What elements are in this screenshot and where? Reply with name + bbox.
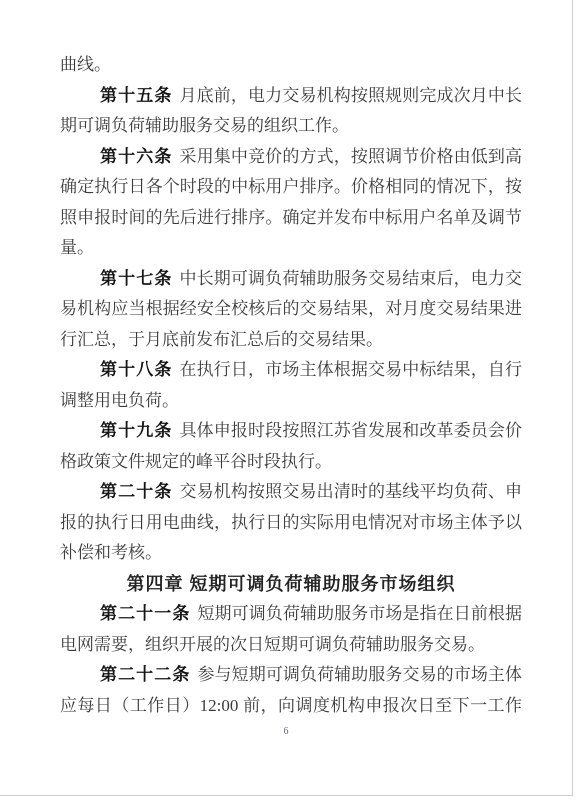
article-paragraph: 第十九条具体申报时段按照江苏省发展和改革委员会价格政策文件规定的峰平谷时段执行。: [60, 416, 522, 477]
document-body: 曲线。第十五条月底前，电力交易机构按照规则完成次月中长期可调负荷辅助服务交易的组…: [60, 50, 522, 721]
article-number: 第十九条: [100, 421, 173, 440]
article-number: 第十六条: [100, 147, 173, 166]
document-page: 曲线。第十五条月底前，电力交易机构按照规则完成次月中长期可调负荷辅助服务交易的组…: [0, 0, 578, 800]
article-number: 第二十条: [100, 482, 173, 501]
article-paragraph: 第二十一条短期可调负荷辅助服务市场是指在日前根据电网需要，组织开展的次日短期可调…: [60, 599, 522, 660]
article-paragraph: 第二十二条参与短期可调负荷辅助服务交易的市场主体应每日（工作日）12:00 前，…: [60, 660, 522, 721]
article-paragraph: 第十七条中长期可调负荷辅助服务交易结束后，电力交易机构应当根据经安全校核后的交易…: [60, 264, 522, 356]
article-number: 第二十一条: [100, 604, 190, 623]
article-paragraph: 第十八条在执行日，市场主体根据交易中标结果，自行调整用电负荷。: [60, 355, 522, 416]
page-number: 6: [0, 725, 572, 739]
article-number: 第十七条: [100, 269, 173, 288]
article-number: 第十八条: [100, 360, 173, 379]
article-paragraph: 第二十条交易机构按照交易出清时的基线平均负荷、申报的执行日用电曲线，执行日的实际…: [60, 477, 522, 569]
continuation-paragraph: 曲线。: [60, 50, 522, 81]
chapter-heading: 第四章 短期可调负荷辅助服务市场组织: [60, 569, 522, 600]
article-number: 第十五条: [100, 86, 173, 105]
article-paragraph: 第十六条采用集中竞价的方式，按照调节价格由低到高确定执行日各个时段的中标用户排序…: [60, 142, 522, 264]
article-number: 第二十二条: [100, 665, 190, 684]
article-paragraph: 第十五条月底前，电力交易机构按照规则完成次月中长期可调负荷辅助服务交易的组织工作…: [60, 81, 522, 142]
